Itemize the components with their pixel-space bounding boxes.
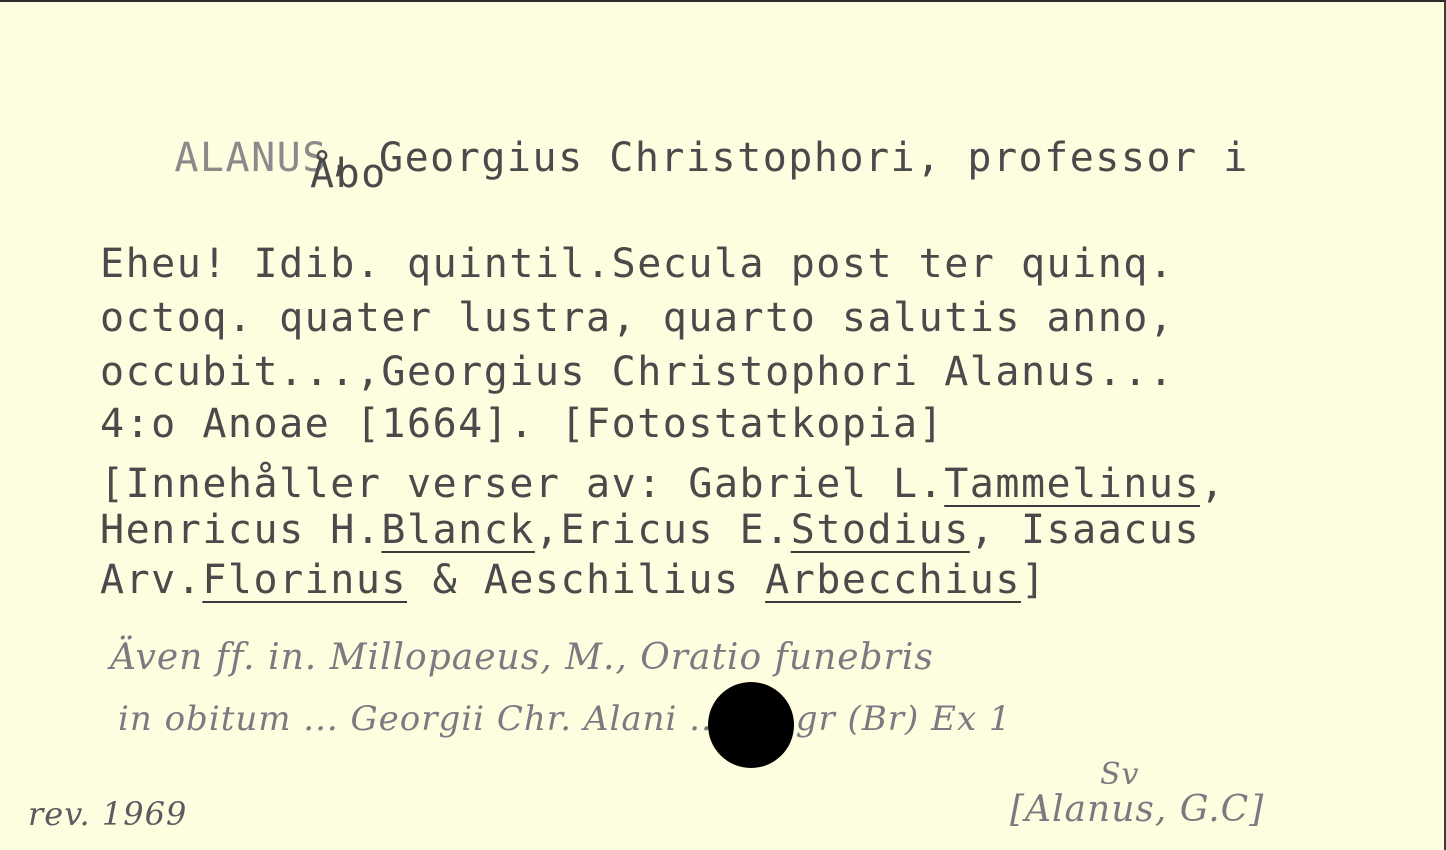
imprint-line: 4:o Anoae [1664]. [Fotostatkopia] <box>100 404 944 444</box>
author-heading-line2: Åbo <box>310 154 387 194</box>
author-surname: ALANUS <box>174 135 328 181</box>
contents-line-3: Arv.Florinus & Aeschilius Arbecchius] <box>100 560 1047 600</box>
handwritten-note-line2: in obitum ... Georgii Chr. Alani ... Bio… <box>118 702 1012 736</box>
catalog-card: ALANUS, Georgius Christophori, professor… <box>0 0 1446 850</box>
punch-hole <box>708 682 794 768</box>
author-heading-rest: , Georgius Christophori, professor i <box>328 135 1249 181</box>
contents-line-1: [Innehåller verser av: Gabriel L.Tammeli… <box>100 464 1226 504</box>
title-line-1: Eheu! Idib. quintil.Secula post ter quin… <box>100 244 1174 284</box>
handwritten-note-sv: Sv <box>1100 760 1140 790</box>
handwritten-note-line1: Även ff. in. Millopaeus, M., Oratio fune… <box>110 640 934 676</box>
name-tammelinus: Tammelinus <box>944 461 1200 507</box>
title-line-3: occubit...,Georgius Christophori Alanus.… <box>100 352 1174 392</box>
heading-reference-note: [Alanus, G.C] <box>1010 792 1264 828</box>
revision-note: rev. 1969 <box>28 798 187 830</box>
name-arbecchius: Arbecchius <box>765 557 1021 603</box>
contents-line-2: Henricus H.Blanck,Ericus E.Stodius, Isaa… <box>100 510 1200 550</box>
author-heading-line1: ALANUS, Georgius Christophori, professor… <box>72 98 1249 218</box>
name-florinus: Florinus <box>202 557 407 603</box>
title-line-2: octoq. quater lustra, quarto salutis ann… <box>100 298 1174 338</box>
name-blanck: Blanck <box>381 507 535 553</box>
name-stodius: Stodius <box>791 507 970 553</box>
